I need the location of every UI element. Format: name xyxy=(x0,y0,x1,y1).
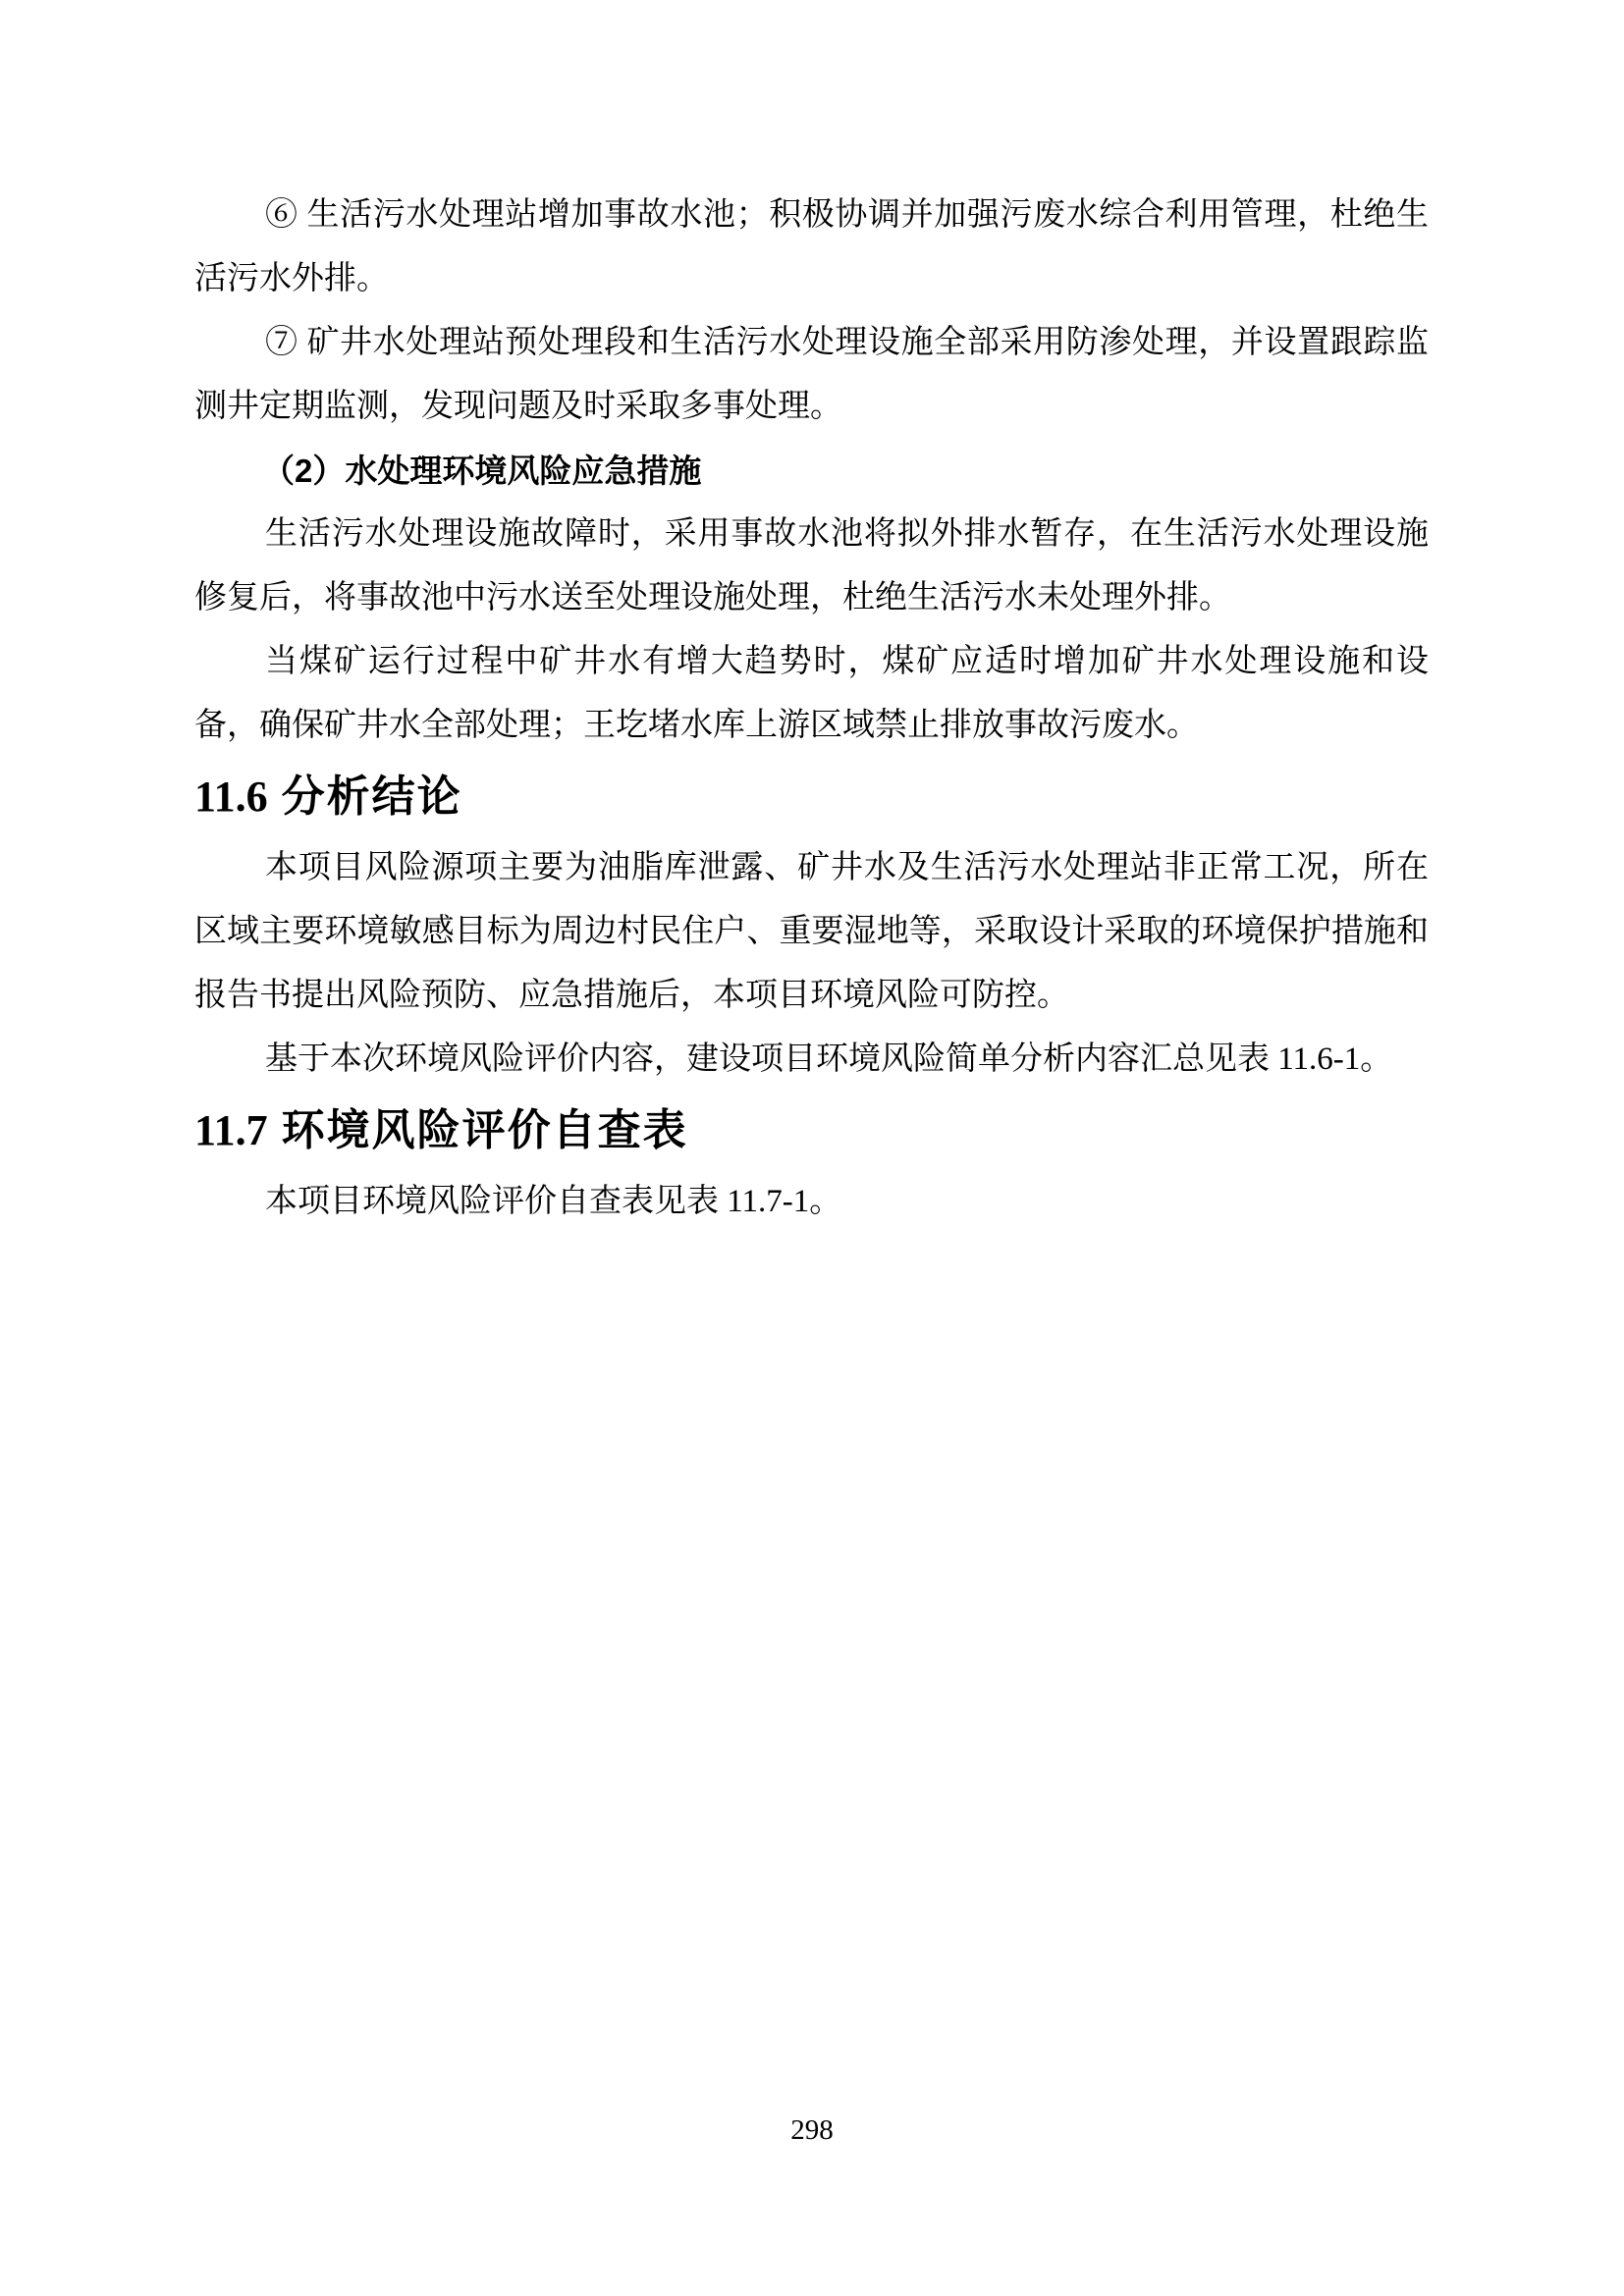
subheading-water-emergency-measures: （2）水处理环境风险应急措施 xyxy=(194,439,1429,503)
paragraph-mine-water: 当煤矿运行过程中矿井水有增大趋势时，煤矿应适时增加矿井水处理设施和设备，确保矿井… xyxy=(194,630,1429,758)
section-title-selfcheck-table: 环境风险评价自查表 xyxy=(282,1106,688,1154)
section-number-11-7: 11.7 xyxy=(194,1106,268,1154)
paragraph-sewage-fault: 生活污水处理设施故障时，采用事故水池将拟外排水暂存，在生活污水处理设施修复后，将… xyxy=(194,503,1429,630)
paragraph-item-6: ⑥ 生活污水处理站增加事故水池；积极协调并加强污废水综合利用管理，杜绝生活污水外… xyxy=(194,184,1429,311)
document-page: ⑥ 生活污水处理站增加事故水池；积极协调并加强污废水综合利用管理，杜绝生活污水外… xyxy=(0,0,1624,2296)
page-number: 298 xyxy=(0,2112,1624,2148)
section-number-11-6: 11.6 xyxy=(194,773,268,821)
paragraph-item-7: ⑦ 矿井水处理站预处理段和生活污水处理设施全部采用防渗处理，并设置跟踪监测井定期… xyxy=(194,311,1429,439)
section-heading-11-6: 11.6分析结论 xyxy=(194,770,1429,825)
paragraph-risk-conclusion: 本项目风险源项主要为油脂库泄露、矿井水及生活污水处理站非正常工况，所在区域主要环… xyxy=(194,836,1429,1028)
page-content: ⑥ 生活污水处理站增加事故水池；积极协调并加强污废水综合利用管理，杜绝生活污水外… xyxy=(194,184,1429,1234)
paragraph-summary-table-ref: 基于本次环境风险评价内容，建设项目环境风险简单分析内容汇总见表 11.6-1。 xyxy=(194,1028,1429,1092)
section-title-analysis-conclusion: 分析结论 xyxy=(282,773,462,821)
paragraph-selfcheck-table-ref: 本项目环境风险评价自查表见表 11.7-1。 xyxy=(194,1170,1429,1234)
section-heading-11-7: 11.7环境风险评价自查表 xyxy=(194,1103,1429,1158)
